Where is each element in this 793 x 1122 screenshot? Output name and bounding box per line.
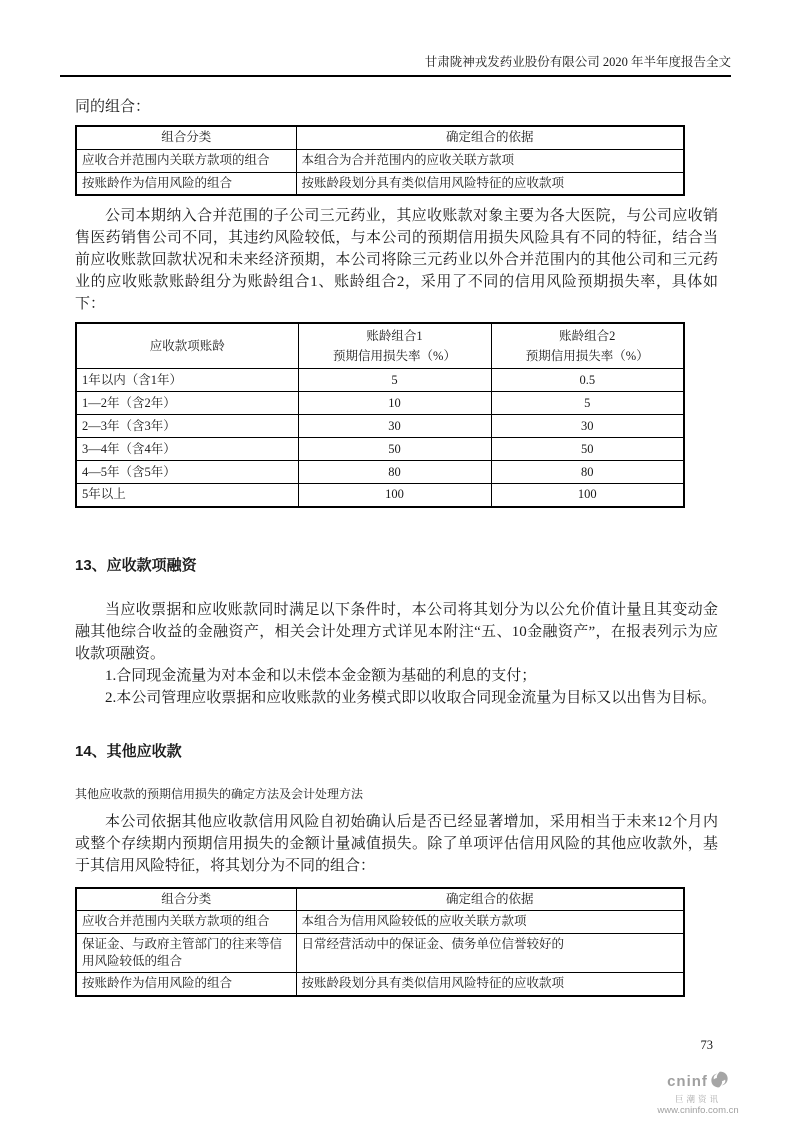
col-header-aging: 应收款项账龄	[76, 323, 298, 369]
cell-category: 应收合并范围内关联方款项的组合	[76, 149, 296, 172]
group1-title: 账龄组合1	[304, 326, 486, 346]
logo-caption: 巨潮资讯	[613, 1095, 783, 1104]
section-14-subheading: 其他应收款的预期信用损失的确定方法及会计处理方法	[75, 785, 718, 802]
section-13-item-2: 2.本公司管理应收票据和应收账款的业务模式即以收取合同现金流量为目标又以出售为目…	[75, 687, 718, 709]
section-13-item-1: 1.合同现金流量为对本金和以未偿本金金额为基础的利息的支付；	[75, 665, 718, 687]
cell-rate-group1: 10	[298, 392, 491, 415]
cell-rate-group2: 50	[491, 438, 684, 461]
table-row: 保证金、与政府主管部门的往来等信用风险较低的组合 日常经营活动中的保证金、债务单…	[76, 934, 684, 973]
cell-basis: 本组合为信用风险较低的应收关联方款项	[296, 911, 684, 934]
col-header-category: 组合分类	[76, 126, 296, 149]
portfolio-table-receivables: 组合分类 确定组合的依据 应收合并范围内关联方款项的组合 本组合为合并范围内的应…	[75, 125, 685, 196]
section-13-paragraph: 当应收票据和应收账款同时满足以下条件时，本公司将其划分为以公允价值计量且其变动金…	[75, 599, 718, 665]
cell-aging: 1—2年（含2年）	[76, 392, 298, 415]
table-row: 4—5年（含5年） 80 80	[76, 461, 684, 484]
cell-basis: 按账龄段划分具有类似信用风险特征的应收款项	[296, 973, 684, 996]
table-row: 按账龄作为信用风险的组合 按账龄段划分具有类似信用风险特征的应收款项	[76, 973, 684, 996]
cell-basis: 按账龄段划分具有类似信用风险特征的应收款项	[296, 172, 684, 195]
page-content: 同的组合： 组合分类 确定组合的依据 应收合并范围内关联方款项的组合 本组合为合…	[75, 90, 718, 997]
logo-row: cninf	[613, 1070, 783, 1094]
col-header-basis: 确定组合的依据	[296, 888, 684, 911]
aging-loss-rate-table: 应收款项账龄 账龄组合1 预期信用损失率（%） 账龄组合2 预期信用损失率（%）…	[75, 322, 685, 508]
table-row: 1年以内（含1年） 5 0.5	[76, 369, 684, 392]
cninfo-logo: cninf 巨潮资讯 www.cninfo.com.cn	[613, 1070, 783, 1116]
cell-aging: 1年以内（含1年）	[76, 369, 298, 392]
cell-aging: 5年以上	[76, 484, 298, 507]
group2-title: 账龄组合2	[497, 326, 679, 346]
group1-subtitle: 预期信用损失率（%）	[304, 346, 486, 366]
cell-rate-group2: 30	[491, 415, 684, 438]
cell-rate-group1: 5	[298, 369, 491, 392]
cell-basis: 日常经营活动中的保证金、债务单位信誉较好的	[296, 934, 684, 973]
swirl-icon	[710, 1070, 729, 1094]
table-row: 应收合并范围内关联方款项的组合 本组合为合并范围内的应收关联方款项	[76, 149, 684, 172]
section-14-heading: 14、其他应收款	[75, 740, 718, 761]
table-row: 应收合并范围内关联方款项的组合 本组合为信用风险较低的应收关联方款项	[76, 911, 684, 934]
table-row: 按账龄作为信用风险的组合 按账龄段划分具有类似信用风险特征的应收款项	[76, 172, 684, 195]
cell-rate-group1: 50	[298, 438, 491, 461]
table-row: 2—3年（含3年） 30 30	[76, 415, 684, 438]
cell-rate-group2: 5	[491, 392, 684, 415]
page-number: 73	[701, 1038, 714, 1053]
paragraph-aging-groups: 公司本期纳入合并范围的子公司三元药业，其应收账款对象主要为各大医院，与公司应收销…	[75, 205, 718, 315]
report-page: 甘肃陇神戎发药业股份有限公司 2020 年半年度报告全文 同的组合： 组合分类 …	[0, 0, 793, 1122]
group2-subtitle: 预期信用损失率（%）	[497, 346, 679, 366]
cell-rate-group2: 80	[491, 461, 684, 484]
cell-category: 应收合并范围内关联方款项的组合	[76, 911, 296, 934]
cell-rate-group1: 80	[298, 461, 491, 484]
cell-aging: 4—5年（含5年）	[76, 461, 298, 484]
cell-category: 保证金、与政府主管部门的往来等信用风险较低的组合	[76, 934, 296, 973]
cell-basis: 本组合为合并范围内的应收关联方款项	[296, 149, 684, 172]
cell-aging: 3—4年（含4年）	[76, 438, 298, 461]
col-header-group2: 账龄组合2 预期信用损失率（%）	[491, 323, 684, 369]
cell-rate-group2: 100	[491, 484, 684, 507]
table-header-row: 组合分类 确定组合的依据	[76, 888, 684, 911]
table-header-row: 组合分类 确定组合的依据	[76, 126, 684, 149]
cell-category: 按账龄作为信用风险的组合	[76, 172, 296, 195]
report-title: 甘肃陇神戎发药业股份有限公司 2020 年半年度报告全文	[425, 55, 731, 69]
table-header-row: 应收款项账龄 账龄组合1 预期信用损失率（%） 账龄组合2 预期信用损失率（%）	[76, 323, 684, 369]
portfolio-table-other-receivables: 组合分类 确定组合的依据 应收合并范围内关联方款项的组合 本组合为信用风险较低的…	[75, 887, 685, 997]
section-14-paragraph: 本公司依据其他应收款信用风险自初始确认后是否已经显著增加，采用相当于未来12个月…	[75, 811, 718, 877]
cell-rate-group2: 0.5	[491, 369, 684, 392]
table-row: 1—2年（含2年） 10 5	[76, 392, 684, 415]
table-row: 3—4年（含4年） 50 50	[76, 438, 684, 461]
cell-aging: 2—3年（含3年）	[76, 415, 298, 438]
table-row: 5年以上 100 100	[76, 484, 684, 507]
cell-rate-group1: 30	[298, 415, 491, 438]
cell-category: 按账龄作为信用风险的组合	[76, 973, 296, 996]
col-header-basis: 确定组合的依据	[296, 126, 684, 149]
cell-rate-group1: 100	[298, 484, 491, 507]
logo-brand-text: cninf	[667, 1074, 708, 1091]
intro-fragment: 同的组合：	[75, 96, 718, 118]
page-header: 甘肃陇神戎发药业股份有限公司 2020 年半年度报告全文	[60, 52, 731, 77]
col-header-category: 组合分类	[76, 888, 296, 911]
col-header-group1: 账龄组合1 预期信用损失率（%）	[298, 323, 491, 369]
logo-url: www.cninfo.com.cn	[613, 1106, 783, 1116]
section-13-heading: 13、应收款项融资	[75, 554, 718, 575]
